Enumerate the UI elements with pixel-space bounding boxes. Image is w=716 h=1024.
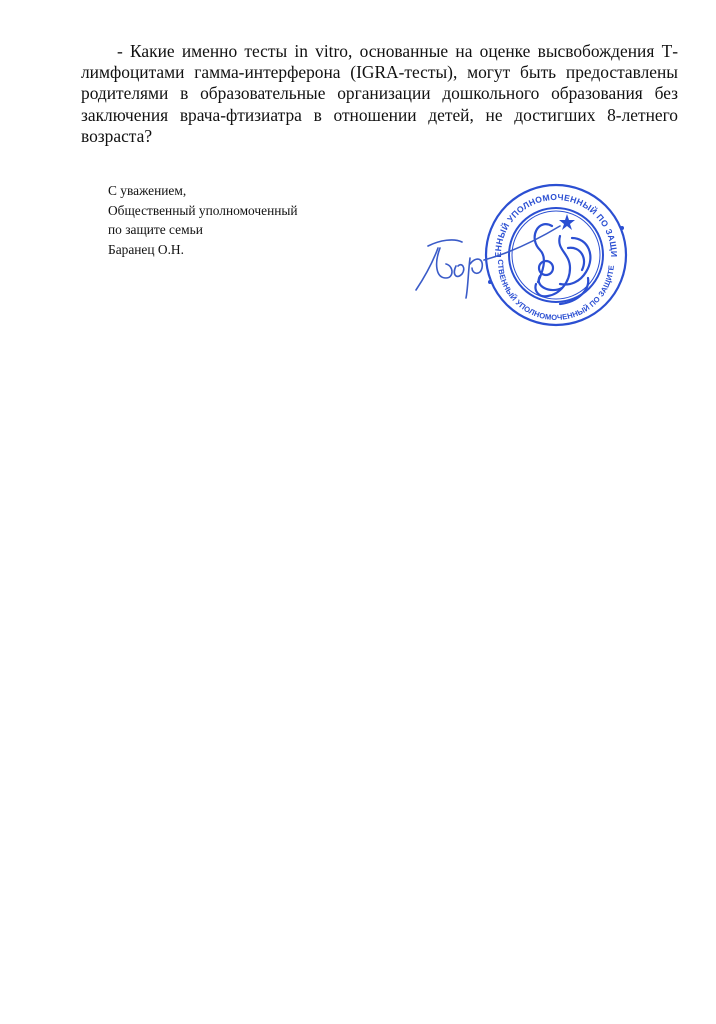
document-page: - Какие именно тесты in vitro, основанны… [0,0,716,1024]
closing-block: С уважением, Общественный уполномоченный… [108,181,298,259]
closing-position-line2: по защите семьи [108,220,298,240]
stamp-star-icon [559,214,575,230]
stamp-rings [486,185,626,325]
closing-name: Баранец О.Н. [108,240,298,260]
seal-stamp: ОБЩЕСТВЕННЫЙ УПОЛНОМОЧЕННЫЙ ПО ЗАЩИТЕ СЕ… [410,178,640,334]
closing-greeting: С уважением, [108,181,298,201]
closing-position-line1: Общественный уполномоченный [108,201,298,221]
question-paragraph: - Какие именно тесты in vitro, основанны… [81,41,678,147]
